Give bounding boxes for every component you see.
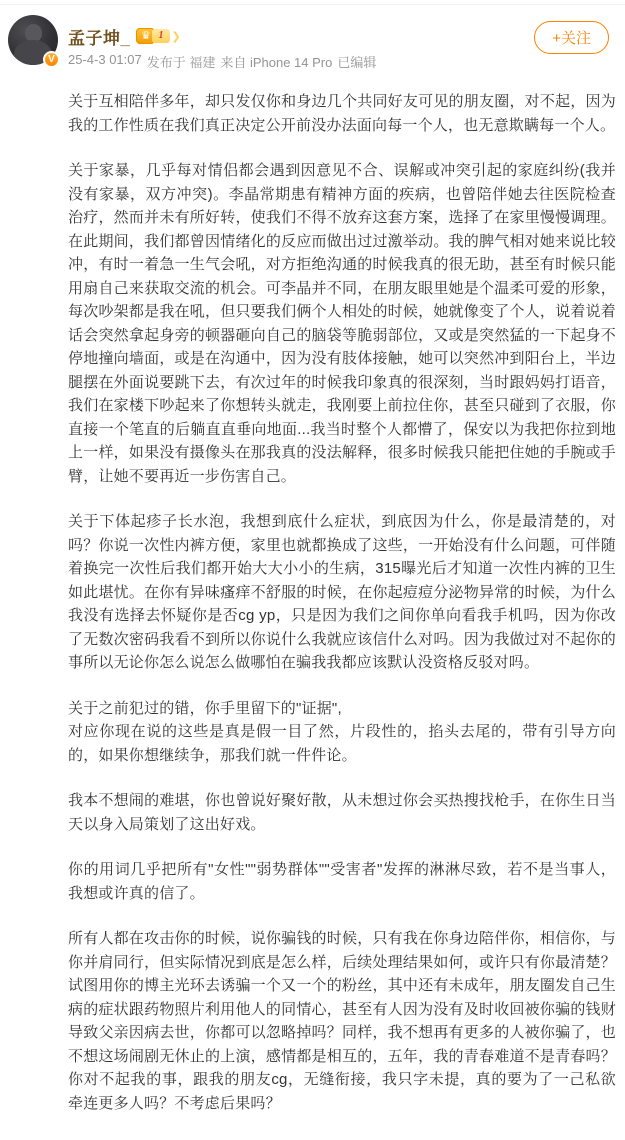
follow-button[interactable]: +关注: [534, 21, 609, 54]
post-paragraph: 所有人都在攻击你的时候，说你骗钱的时候，只有我在你身边陪伴你，相信你，与你并肩同…: [68, 927, 616, 1115]
post-paragraph: 我本不想闹的难堪，你也曾说好聚好散，从未想过你会买热搜找枪手，在你生日当天以身入…: [68, 789, 616, 836]
username[interactable]: 孟子坤_: [68, 24, 130, 49]
post-header: V 孟子坤_ ♛ 1 ❯ 25-4-3 01:07 发布于 福建 来自 iPho…: [8, 15, 617, 67]
chevron-right-icon: ❯: [171, 30, 180, 43]
post-paragraph: 关于下体起疹子长水泡，我想到底什么症状，到底因为什么，你是最清楚的，对吗？你说一…: [68, 510, 616, 675]
timestamp: 25-4-3 01:07: [68, 52, 142, 71]
vip-level-badge: 1: [152, 29, 170, 43]
post-meta: 25-4-3 01:07 发布于 福建 来自 iPhone 14 Pro 已编辑: [68, 52, 617, 71]
post-text: 关于互相陪伴多年，却只发仅你和身边几个共同好友可见的朋友圈，对不起，因为我的工作…: [68, 90, 617, 1115]
avatar[interactable]: V: [8, 15, 58, 65]
post-paragraph: 你的用词几乎把所有"女性""弱势群体""受害者"发挥的淋淋尽致，若不是当事人，我…: [68, 858, 616, 905]
edited-label: 已编辑: [337, 52, 376, 71]
publish-location: 发布于 福建: [147, 52, 216, 71]
vip-badge[interactable]: ♛ 1 ❯: [136, 28, 180, 44]
post-paragraph: 关于互相陪伴多年，却只发仅你和身边几个共同好友可见的朋友圈，对不起，因为我的工作…: [68, 90, 616, 137]
post-paragraph: 关于家暴，几乎每对情侣都会遇到因意见不合、误解或冲突引起的家庭纠纷(我并没有家暴…: [68, 159, 616, 488]
device-source-link[interactable]: 来自 iPhone 14 Pro: [220, 52, 332, 71]
weibo-post: V 孟子坤_ ♛ 1 ❯ 25-4-3 01:07 发布于 福建 来自 iPho…: [0, 0, 625, 1115]
post-paragraph: 关于之前犯过的错，你手里留下的"证据", 对应你现在说的这些是真是假一目了然，片…: [68, 697, 616, 768]
verified-icon: V: [43, 51, 60, 68]
